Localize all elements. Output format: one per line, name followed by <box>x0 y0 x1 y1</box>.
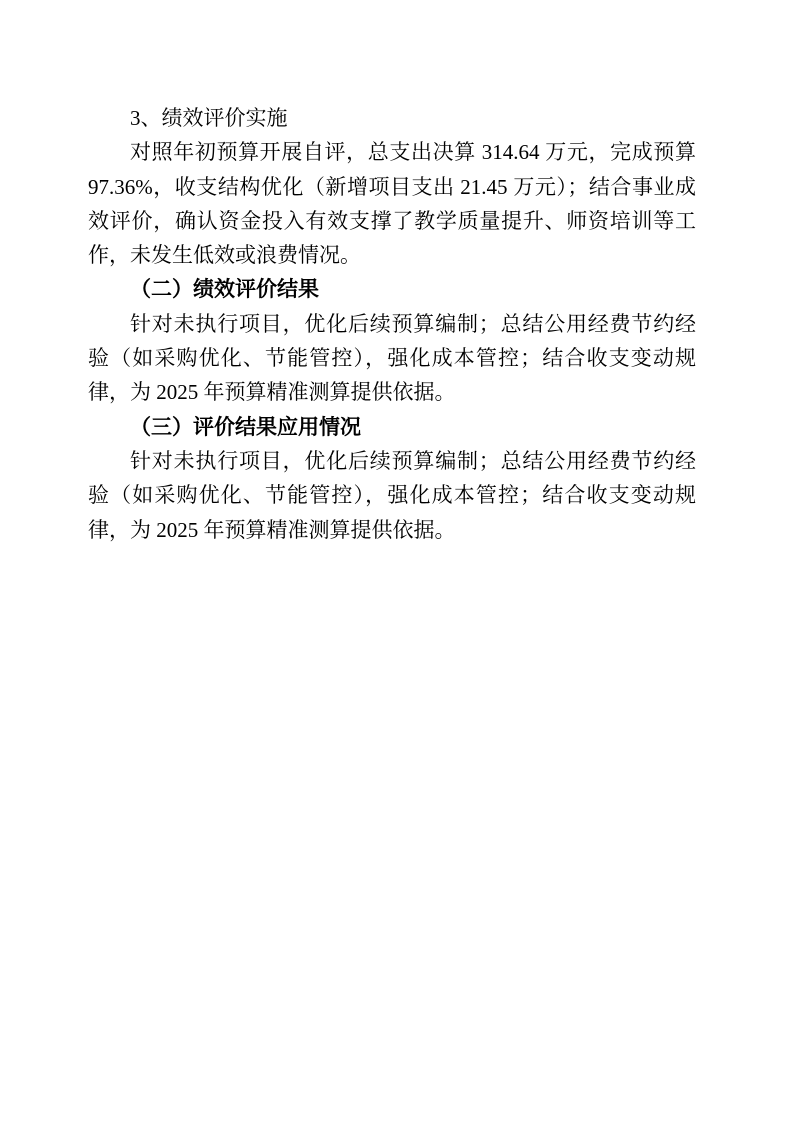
paragraph-self-evaluation-summary: 对照年初预算开展自评，总支出决算 314.64 万元，完成预算 97.36%，收… <box>88 135 696 272</box>
heading-evaluation-results: （二）绩效评价结果 <box>88 272 696 306</box>
paragraph-result-application: 针对未执行项目，优化后续预算编制；总结公用经费节约经验（如采购优化、节能管控），… <box>88 444 696 547</box>
heading-performance-evaluation-implementation: 3、绩效评价实施 <box>88 101 696 135</box>
heading-result-application: （三）评价结果应用情况 <box>88 410 696 444</box>
document-page: 3、绩效评价实施 对照年初预算开展自评，总支出决算 314.64 万元，完成预算… <box>0 0 793 1122</box>
paragraph-evaluation-results: 针对未执行项目，优化后续预算编制；总结公用经费节约经验（如采购优化、节能管控），… <box>88 307 696 410</box>
document-body: 3、绩效评价实施 对照年初预算开展自评，总支出决算 314.64 万元，完成预算… <box>88 101 696 547</box>
